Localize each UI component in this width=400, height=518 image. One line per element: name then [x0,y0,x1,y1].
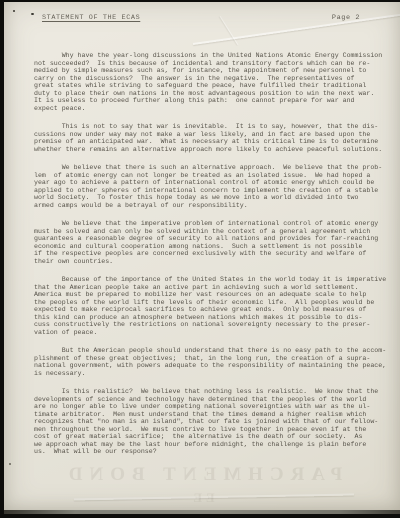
ink-speck [9,463,11,465]
paper-crease [74,494,354,501]
scanned-document-page: STATEMENT OF THE ECAS Page 2 Why have th… [0,0,400,518]
paragraph: We believe that there is such an alterna… [34,164,390,209]
paper-sheet: STATEMENT OF THE ECAS Page 2 Why have th… [4,2,400,514]
paragraph: This is not to say that war is inevitabl… [34,123,390,153]
paragraph: We believe that the imperative problem o… [34,220,390,265]
document-title: STATEMENT OF THE ECAS [42,14,140,22]
ink-speck [13,10,15,12]
scanner-edge-bottom [4,510,400,514]
paragraph: Why have the year-long discussions in th… [34,52,390,112]
paragraph: But the American people should understan… [34,347,390,377]
paper-watermark: PARCHMENT BOND [4,464,400,486]
paragraph: Is this realistic? We believe that nothi… [34,388,390,456]
paper-watermark-sub: EE [4,490,400,506]
document-body: Why have the year-long discussions in th… [34,52,390,467]
page-header: STATEMENT OF THE ECAS Page 2 [42,14,360,22]
ink-speck [31,13,34,15]
paragraph: Because of the importance of the United … [34,276,390,336]
page-number: Page 2 [332,14,360,22]
